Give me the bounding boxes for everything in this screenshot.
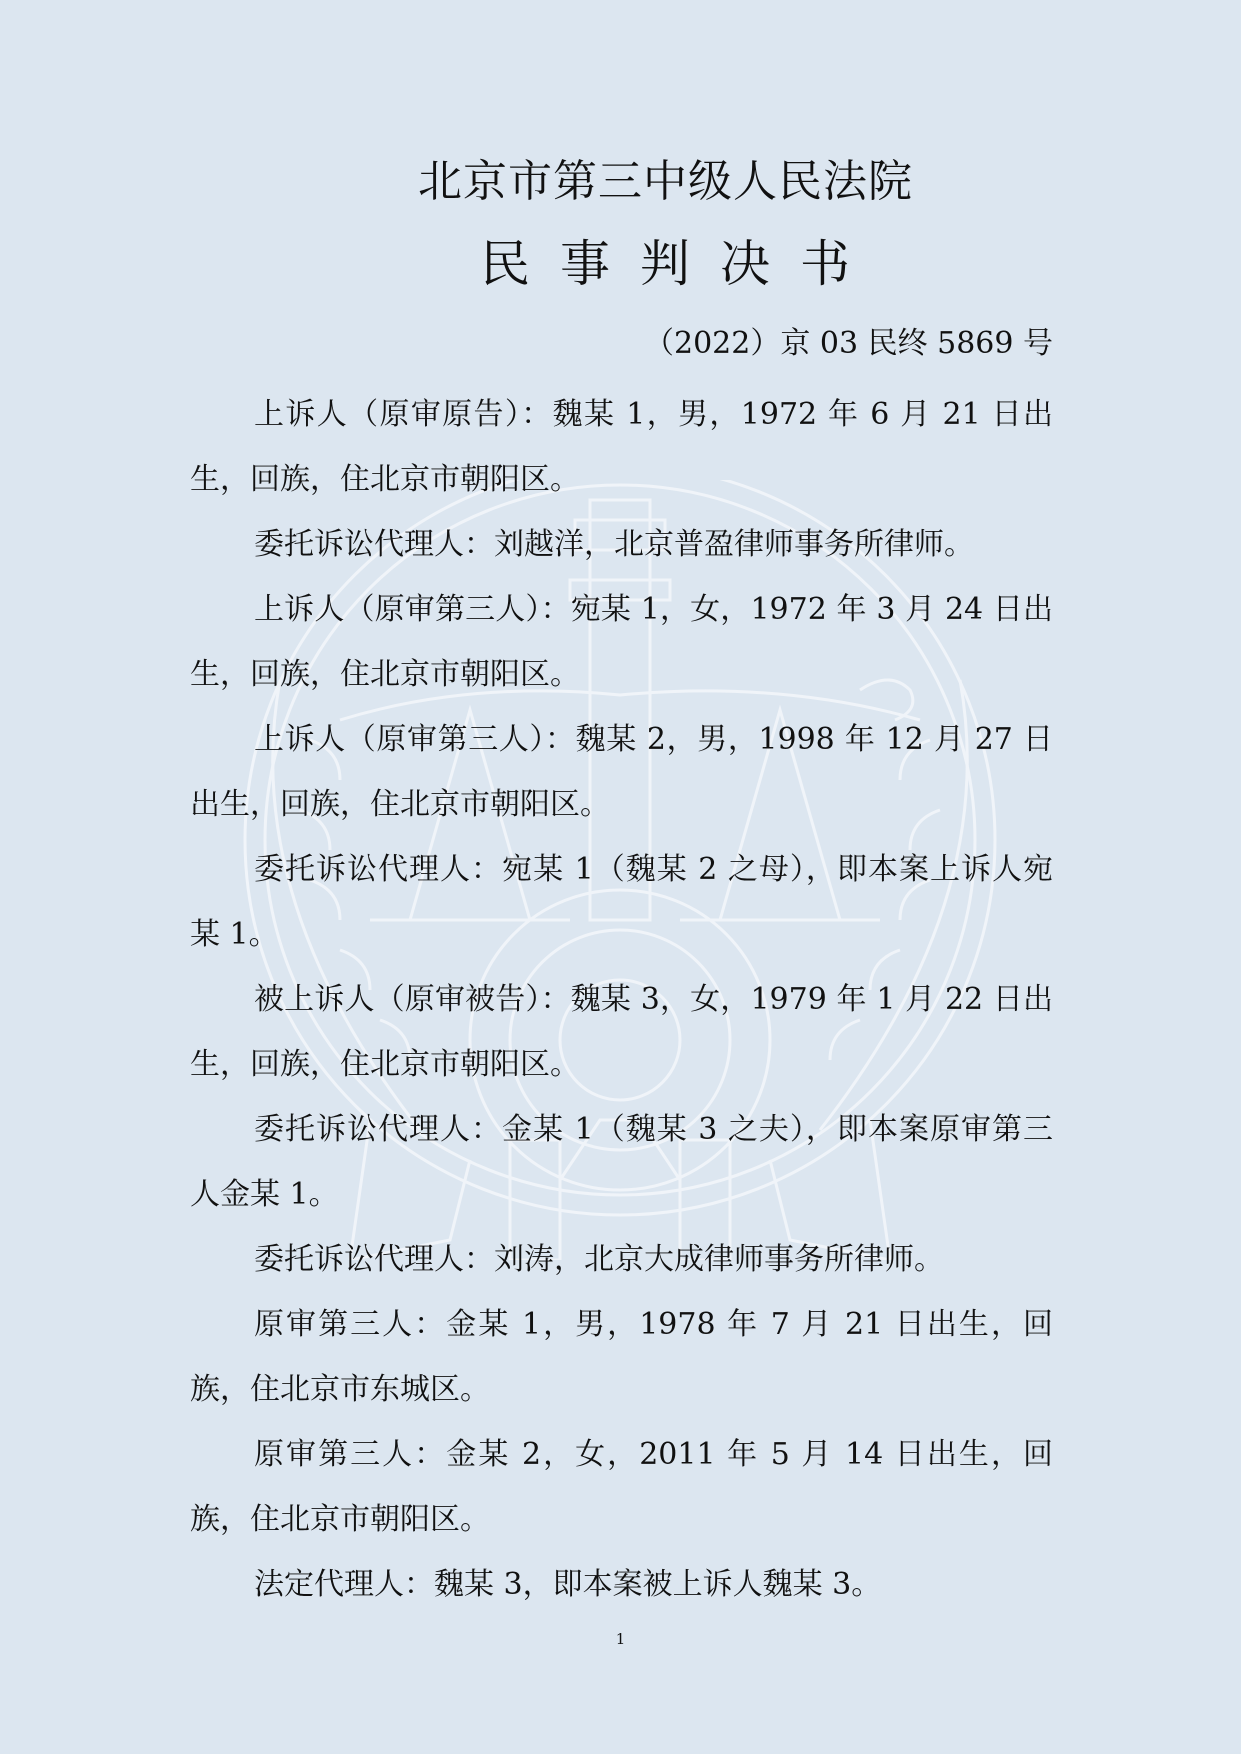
party-list: 上诉人（原审原告）：魏某 1，男，1972 年 6 月 21 日出生，回族，住北… [190,382,1053,1617]
party-paragraph-appellee: 被上诉人（原审被告）：魏某 3，女，1979 年 1 月 22 日出生，回族，住… [190,967,1053,1097]
court-name-heading: 北京市第三中级人民法院 [0,152,1241,212]
party-paragraph-third-party-2: 原审第三人：金某 2，女，2011 年 5 月 14 日出生，回族，住北京市朝阳… [190,1422,1053,1552]
party-paragraph-appellant-3: 上诉人（原审第三人）：魏某 2，男，1998 年 12 月 27 日出生，回族，… [190,707,1053,837]
document-page: 北京市第三中级人民法院 民事判决书 （2022）京 03 民终 5869 号 上… [0,0,1241,1754]
party-paragraph-legal-rep: 法定代理人：魏某 3，即本案被上诉人魏某 3。 [190,1552,1053,1617]
party-paragraph-agent-3: 委托诉讼代理人：金某 1（魏某 3 之夫），即本案原审第三人金某 1。 [190,1097,1053,1227]
case-number: （2022）京 03 民终 5869 号 [644,322,1053,366]
party-paragraph-agent-1: 委托诉讼代理人：刘越洋，北京普盈律师事务所律师。 [190,512,1053,577]
party-paragraph-third-party-1: 原审第三人：金某 1，男，1978 年 7 月 21 日出生，回族，住北京市东城… [190,1292,1053,1422]
document-type-heading: 民事判决书 [0,232,1241,296]
party-paragraph-appellant-1: 上诉人（原审原告）：魏某 1，男，1972 年 6 月 21 日出生，回族，住北… [190,382,1053,512]
party-paragraph-appellant-2: 上诉人（原审第三人）：宛某 1，女，1972 年 3 月 24 日出生，回族，住… [190,577,1053,707]
party-paragraph-agent-4: 委托诉讼代理人：刘涛，北京大成律师事务所律师。 [190,1227,1053,1292]
party-paragraph-agent-2: 委托诉讼代理人：宛某 1（魏某 2 之母），即本案上诉人宛某 1。 [190,837,1053,967]
page-number: 1 [0,1630,1241,1648]
